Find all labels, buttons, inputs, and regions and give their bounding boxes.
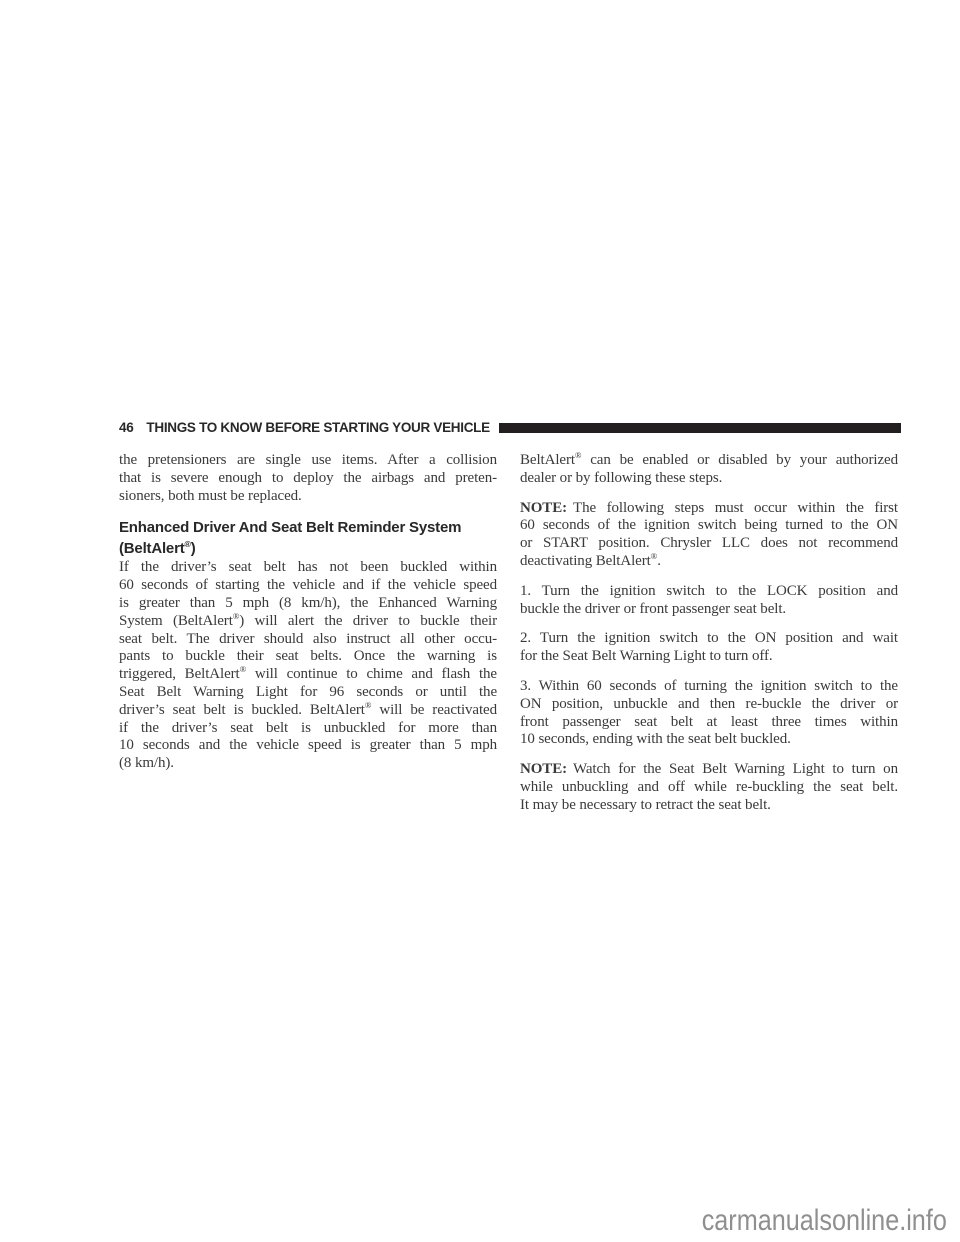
paragraph: 2. Turn the ignition switch to the ON po…	[520, 630, 898, 666]
text-line: dealer or by following these steps.	[520, 470, 898, 488]
text-line: It may be necessary to retract the seat …	[520, 797, 898, 815]
text-line: 1. Turn the ignition switch to the LOCK …	[520, 583, 898, 601]
text-line: If the driver’s seat belt has not been b…	[119, 559, 497, 577]
text-line: front passenger seat belt at least three…	[520, 714, 898, 732]
text-line: the pretensioners are single use items. …	[119, 452, 497, 470]
text-line: triggered, BeltAlert® will continue to c…	[119, 666, 497, 684]
text-line: seat belt. The driver should also instru…	[119, 631, 497, 649]
paragraph: BeltAlert® can be enabled or disabled by…	[520, 452, 898, 488]
manual-page: 46 THINGS TO KNOW BEFORE STARTING YOUR V…	[0, 0, 960, 1242]
text-line: (BeltAlert®)	[119, 538, 497, 559]
text-line: (8 km/h).	[119, 755, 497, 773]
text-line: 60 seconds of starting the vehicle and i…	[119, 577, 497, 595]
registered-trademark-symbol: ®	[365, 700, 372, 710]
page-number: 46	[119, 420, 133, 435]
registered-trademark-symbol: ®	[575, 450, 582, 460]
text-line: that is severe enough to deploy the airb…	[119, 470, 497, 488]
text-line: sioners, both must be replaced.	[119, 488, 497, 506]
text-line: NOTE:The following steps must occur with…	[520, 500, 898, 518]
text-line: ON position, unbuckle and then re-buckle…	[520, 696, 898, 714]
text-line: Enhanced Driver And Seat Belt Reminder S…	[119, 517, 497, 538]
registered-trademark-symbol: ®	[240, 664, 247, 674]
page-header: 46 THINGS TO KNOW BEFORE STARTING YOUR V…	[119, 420, 901, 435]
page-content: the pretensioners are single use items. …	[119, 452, 899, 827]
note-paragraph: NOTE:The following steps must occur with…	[520, 500, 898, 571]
text-line: Seat Belt Warning Light for 96 seconds o…	[119, 684, 497, 702]
right-column: BeltAlert® can be enabled or disabled by…	[520, 452, 898, 827]
text-line: for the Seat Belt Warning Light to turn …	[520, 648, 898, 666]
registered-trademark-symbol: ®	[233, 611, 240, 621]
text-line: 10 seconds and the vehicle speed is grea…	[119, 737, 497, 755]
text-line: deactivating BeltAlert®.	[520, 553, 898, 571]
registered-trademark-symbol: ®	[185, 539, 191, 549]
paragraph: If the driver’s seat belt has not been b…	[119, 559, 497, 773]
text-line: 60 seconds of the ignition switch being …	[520, 517, 898, 535]
note-label: NOTE:	[520, 500, 567, 516]
chapter-title: THINGS TO KNOW BEFORE STARTING YOUR VEHI…	[146, 420, 489, 435]
note-label: NOTE:	[520, 761, 567, 777]
note-paragraph: NOTE:Watch for the Seat Belt Warning Lig…	[520, 761, 898, 814]
paragraph: 3. Within 60 seconds of turning the igni…	[520, 678, 898, 749]
section-heading: Enhanced Driver And Seat Belt Reminder S…	[119, 517, 497, 559]
text-line: 3. Within 60 seconds of turning the igni…	[520, 678, 898, 696]
registered-trademark-symbol: ®	[651, 551, 658, 561]
header-rule-bar	[499, 423, 901, 433]
text-line: buckle the driver or front passenger sea…	[520, 601, 898, 619]
text-line: while unbuckling and off while re-buckli…	[520, 779, 898, 797]
text-line: if the driver’s seat belt is unbuckled f…	[119, 720, 497, 738]
text-line: 10 seconds, ending with the seat belt bu…	[520, 731, 898, 749]
text-line: 2. Turn the ignition switch to the ON po…	[520, 630, 898, 648]
watermark: carmanualsonline.info	[702, 1204, 947, 1238]
left-column: the pretensioners are single use items. …	[119, 452, 497, 827]
text-line: or START position. Chrysler LLC does not…	[520, 535, 898, 553]
text-line: is greater than 5 mph (8 km/h), the Enha…	[119, 595, 497, 613]
paragraph: 1. Turn the ignition switch to the LOCK …	[520, 583, 898, 619]
text-line: BeltAlert® can be enabled or disabled by…	[520, 452, 898, 470]
text-line: NOTE:Watch for the Seat Belt Warning Lig…	[520, 761, 898, 779]
paragraph: the pretensioners are single use items. …	[119, 452, 497, 505]
text-line: System (BeltAlert®) will alert the drive…	[119, 613, 497, 631]
text-line: pants to buckle their seat belts. Once t…	[119, 648, 497, 666]
text-line: driver’s seat belt is buckled. BeltAlert…	[119, 702, 497, 720]
